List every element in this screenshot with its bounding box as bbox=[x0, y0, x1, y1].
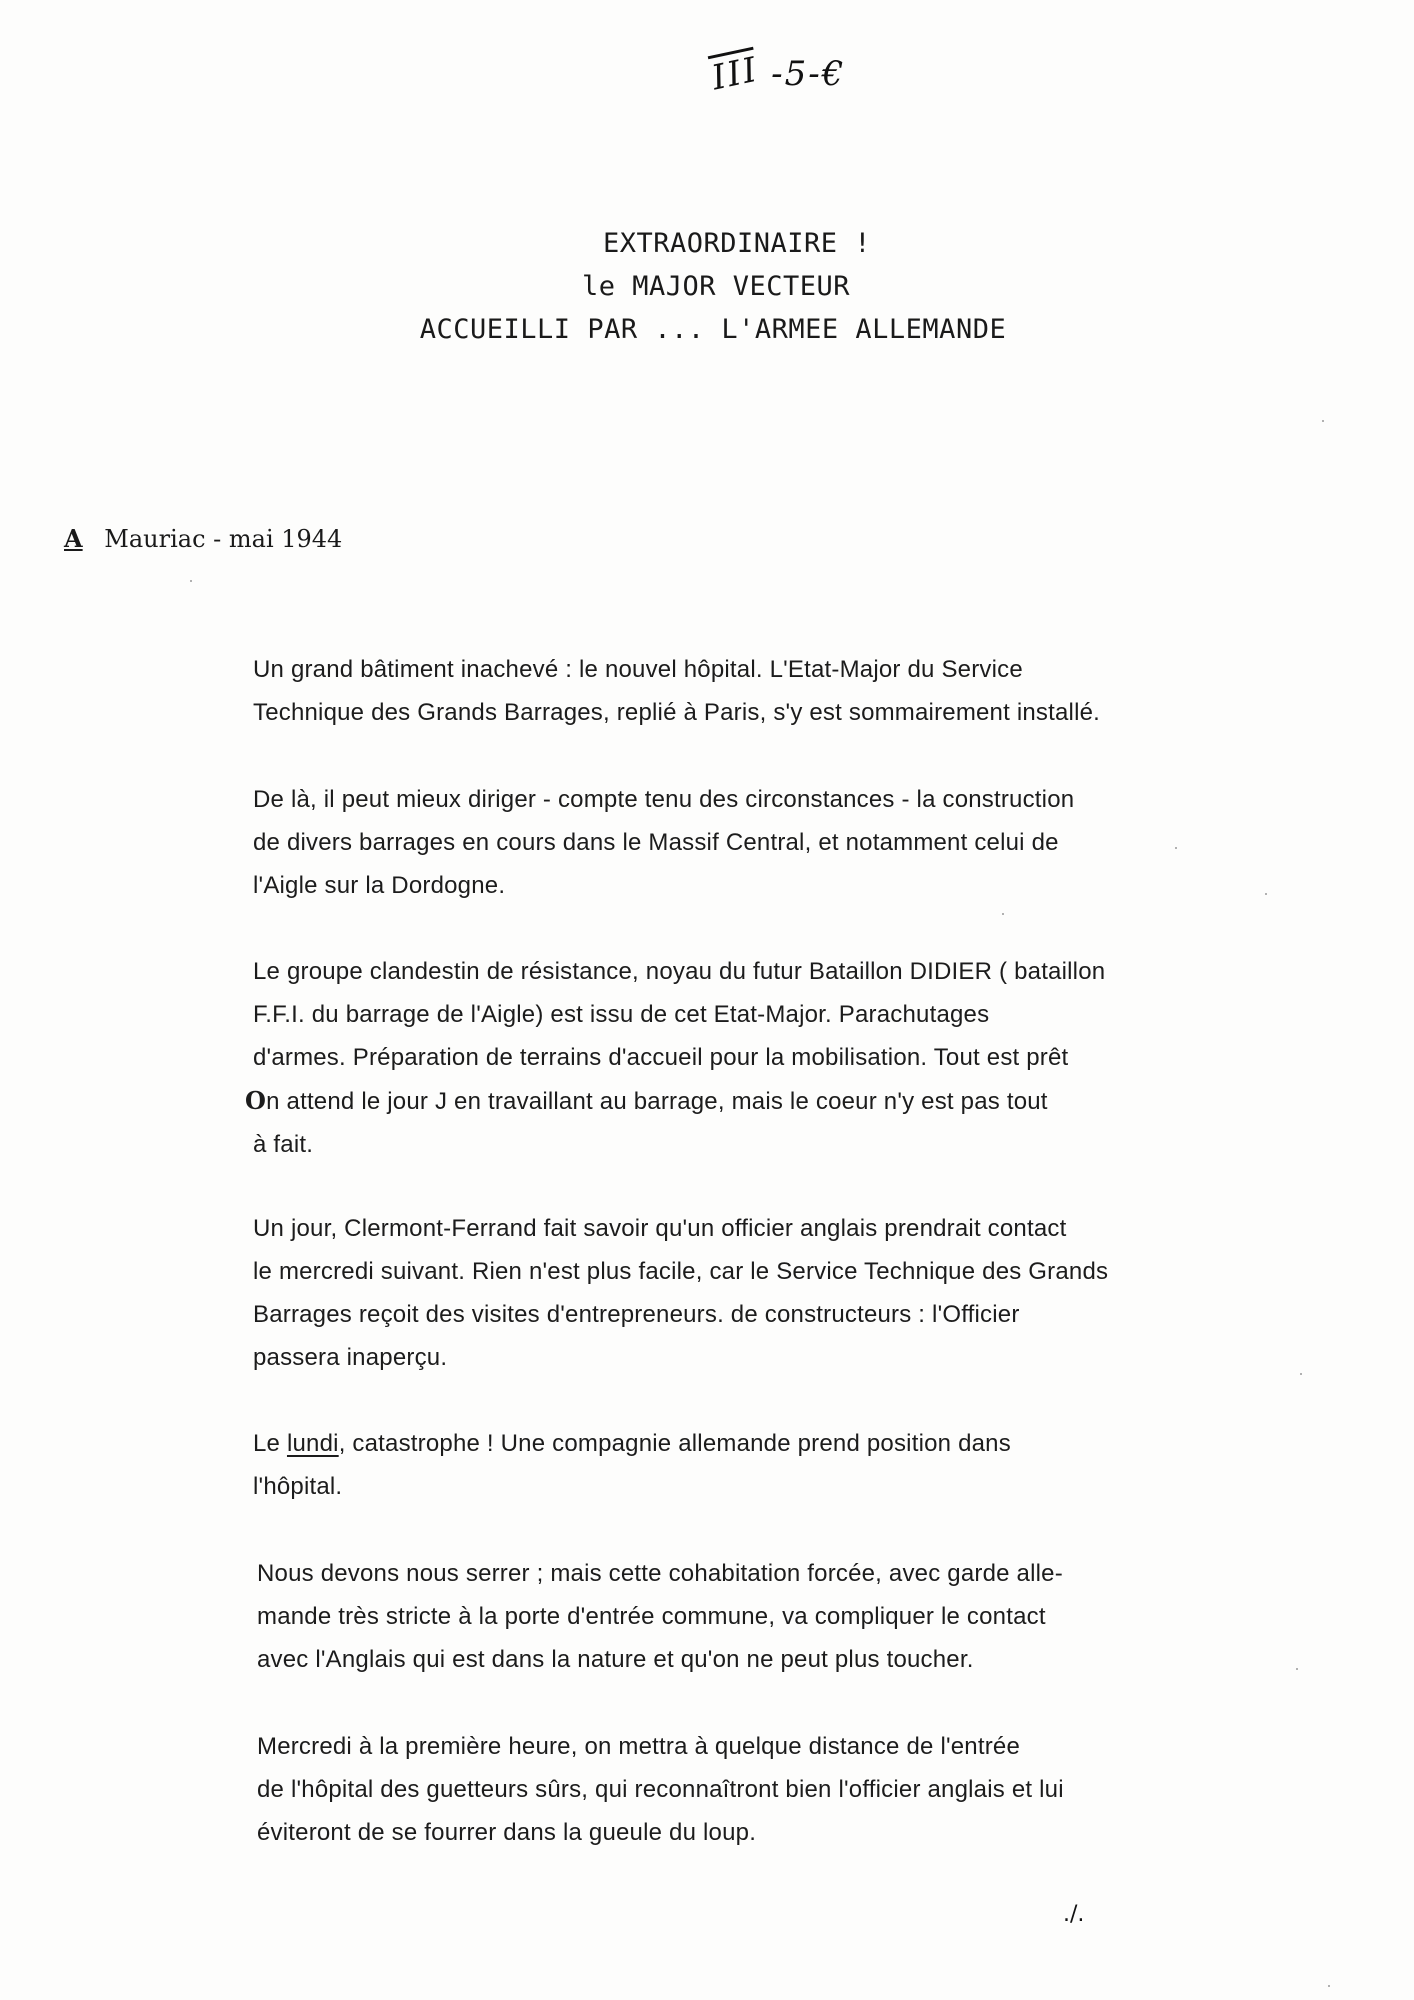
underlined-word: lundi bbox=[287, 1430, 339, 1457]
paragraph-7: Mercredi à la première heure, on mettra … bbox=[257, 1725, 1297, 1854]
reference-suffix: -5-€ bbox=[771, 54, 845, 94]
dateline-mark: A bbox=[64, 524, 83, 553]
title-line-3: ACCUEILLI PAR ... L'ARMEE ALLEMANDE bbox=[12, 308, 1414, 351]
paragraph-line: Un jour, Clermont-Ferrand fait savoir qu… bbox=[253, 1207, 1293, 1250]
scan-speck bbox=[1265, 893, 1267, 895]
scan-speck bbox=[1322, 420, 1324, 422]
line-prefix: Le bbox=[253, 1430, 287, 1457]
paragraph-line: Un grand bâtiment inachevé : le nouvel h… bbox=[253, 648, 1293, 691]
paragraph-4: Un jour, Clermont-Ferrand fait savoir qu… bbox=[253, 1207, 1293, 1379]
scan-speck bbox=[1300, 1373, 1302, 1375]
paragraph-line: mande très stricte à la porte d'entrée c… bbox=[257, 1595, 1297, 1638]
reference-roman-numeral: III bbox=[708, 50, 762, 99]
title-line-1: EXTRAORDINAIRE ! bbox=[60, 222, 1414, 265]
paragraph-line: Barrages reçoit des visites d'entreprene… bbox=[253, 1293, 1293, 1336]
paragraph-6: Nous devons nous serrer ; mais cette coh… bbox=[257, 1552, 1297, 1681]
paragraph-line: de divers barrages en cours dans le Mass… bbox=[253, 821, 1293, 864]
handwritten-correction: O bbox=[245, 1086, 266, 1115]
continuation-mark: ./. bbox=[1063, 1902, 1084, 1927]
paragraph-line: Le lundi, catastrophe ! Une compagnie al… bbox=[253, 1422, 1293, 1465]
paragraph-line: Le groupe clandestin de résistance, noya… bbox=[253, 950, 1293, 993]
paragraph-5: Le lundi, catastrophe ! Une compagnie al… bbox=[253, 1422, 1293, 1508]
document-page: III -5-€ EXTRAORDINAIRE ! le MAJOR VECTE… bbox=[0, 0, 1414, 2000]
paragraph-line: d'armes. Préparation de terrains d'accue… bbox=[253, 1036, 1293, 1079]
paragraph-line: F.F.I. du barrage de l'Aigle) est issu d… bbox=[253, 993, 1293, 1036]
paragraph-line: à fait. bbox=[253, 1123, 1293, 1166]
paragraph-1: Un grand bâtiment inachevé : le nouvel h… bbox=[253, 648, 1293, 734]
paragraph-2: De là, il peut mieux diriger - compte te… bbox=[253, 778, 1293, 907]
scan-speck bbox=[190, 580, 192, 582]
paragraph-line: avec l'Anglais qui est dans la nature et… bbox=[257, 1638, 1297, 1681]
paragraph-line: l'hôpital. bbox=[253, 1465, 1293, 1508]
scan-speck bbox=[1002, 913, 1004, 915]
dateline-text: Mauriac - mai 1944 bbox=[104, 525, 342, 553]
paragraph-line: Mercredi à la première heure, on mettra … bbox=[257, 1725, 1297, 1768]
paragraph-line: De là, il peut mieux diriger - compte te… bbox=[253, 778, 1293, 821]
title-line-2: le MAJOR VECTEUR bbox=[18, 265, 1414, 308]
paragraph-line: Nous devons nous serrer ; mais cette coh… bbox=[257, 1552, 1297, 1595]
handwritten-reference-mark: III -5-€ bbox=[712, 54, 845, 94]
line-suffix: , catastrophe ! Une compagnie allemande … bbox=[339, 1430, 1011, 1457]
paragraph-line: le mercredi suivant. Rien n'est plus fac… bbox=[253, 1250, 1293, 1293]
paragraph-line: éviteront de se fourrer dans la gueule d… bbox=[257, 1811, 1297, 1854]
paragraph-line: de l'hôpital des guetteurs sûrs, qui rec… bbox=[257, 1768, 1297, 1811]
paragraph-line: l'Aigle sur la Dordogne. bbox=[253, 864, 1293, 907]
scan-speck bbox=[1296, 1668, 1298, 1670]
paragraph-line: passera inaperçu. bbox=[253, 1336, 1293, 1379]
paragraph-line-with-correction: On attend le jour J en travaillant au ba… bbox=[253, 1079, 1293, 1123]
scan-speck bbox=[1175, 847, 1177, 849]
scan-speck bbox=[1328, 1985, 1330, 1987]
dateline: A Mauriac - mai 1944 bbox=[64, 524, 342, 553]
document-title: EXTRAORDINAIRE ! le MAJOR VECTEUR ACCUEI… bbox=[0, 222, 1414, 351]
paragraph-line: Technique des Grands Barrages, replié à … bbox=[253, 691, 1293, 734]
paragraph-3: Le groupe clandestin de résistance, noya… bbox=[253, 950, 1293, 1166]
paragraph-line-text: n attend le jour J en travaillant au bar… bbox=[266, 1088, 1048, 1115]
